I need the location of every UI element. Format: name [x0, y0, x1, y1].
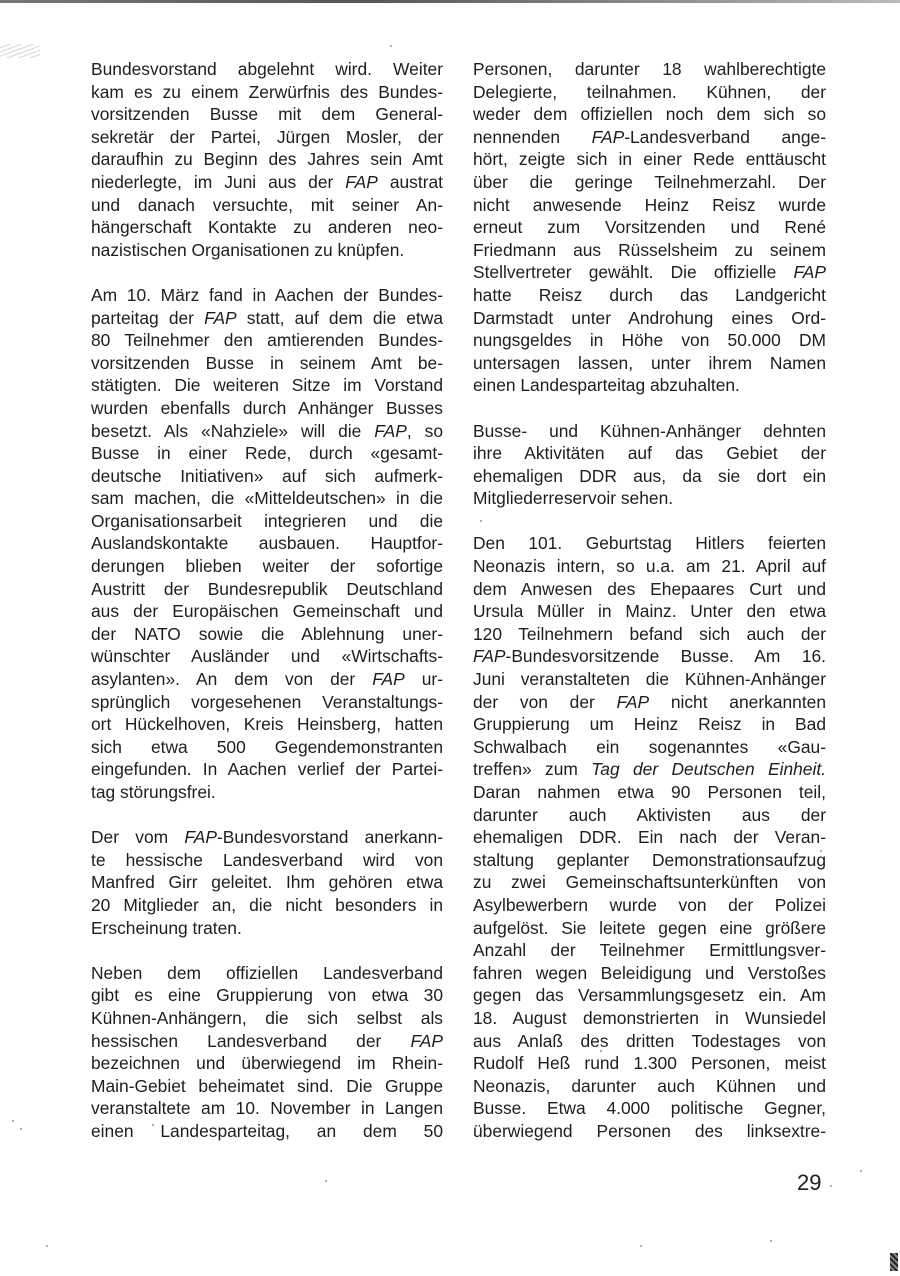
paragraph: Den 101. Geburtstag Hitlers feiertenNeon…: [473, 532, 826, 1142]
text-line: tag störungsfrei.: [91, 781, 443, 804]
text-line: aus Anlaß des dritten Todestages von: [473, 1030, 826, 1053]
text-line: 18. August demonstrierten in Wunsiedel: [473, 1007, 826, 1030]
text-line: ort Hückelhoven, Kreis Heinsberg, hatten: [91, 713, 443, 736]
text-line: ehemaligen DDR aus, da sie dort ein: [473, 465, 826, 488]
text-line: Auslandskontakte ausbauen. Hauptfor-: [91, 532, 443, 555]
text-line: daraufhin zu Beginn des Jahres sein Amt: [91, 148, 443, 171]
text-line: 120 Teilnehmern befand sich auch der: [473, 623, 826, 646]
scan-speck: [152, 1124, 154, 1126]
scan-speck: [600, 1050, 602, 1052]
text-line: und danach versuchte, mit seiner An-: [91, 194, 443, 217]
text-line: der NATO sowie die Ablehnung uner-: [91, 623, 443, 646]
text-line: Neonazis, darunter auch Kühnen und: [473, 1075, 826, 1098]
text-line: bezeichnen und überwiegend im Rhein-: [91, 1052, 443, 1075]
text-line: Neben dem offiziellen Landesverband: [91, 962, 443, 985]
scan-speck: [640, 1245, 642, 1247]
text-line: Erscheinung traten.: [91, 917, 443, 940]
text-line: aufgelöst. Sie leitete gegen eine größer…: [473, 917, 826, 940]
paragraph: Neben dem offiziellen Landesverbandgibt …: [91, 962, 443, 1143]
text-line: 80 Teilnehmer den amtierenden Bundes-: [91, 329, 443, 352]
text-line: über die geringe Teilnehmerzahl. Der: [473, 171, 826, 194]
text-line: kam es zu einem Zerwürfnis des Bundes-: [91, 81, 443, 104]
text-line: Neonazis intern, so u.a. am 21. April au…: [473, 555, 826, 578]
text-line: überwiegend Personen des linksextre-: [473, 1120, 826, 1143]
text-line: erneut zum Vorsitzenden und René: [473, 216, 826, 239]
text-line: veranstaltete am 10. November in Langen: [91, 1097, 443, 1120]
text-line: hängerschaft Kontakte zu anderen neo-: [91, 216, 443, 239]
text-line: Kühnen-Anhängern, die sich selbst als: [91, 1007, 443, 1030]
text-line: Stellvertreter gewählt. Die offizielle F…: [473, 261, 826, 284]
text-line: wurden ebenfalls durch Anhänger Busses: [91, 397, 443, 420]
text-line: nazistischen Organisationen zu knüpfen.: [91, 239, 443, 262]
text-line: Busse- und Kühnen-Anhänger dehnten: [473, 420, 826, 443]
text-line: ehemaligen DDR. Ein nach der Veran-: [473, 826, 826, 849]
scan-speck: [20, 1128, 22, 1130]
scan-margin-mark: [890, 1253, 898, 1271]
text-line: gegen das Versammlungsgesetz ein. Am: [473, 984, 826, 1007]
text-line: weder dem offiziellen noch dem sich so: [473, 103, 826, 126]
text-line: Der vom FAP-Bundesvorstand anerkann-: [91, 826, 443, 849]
text-line: Gruppierung um Heinz Reisz in Bad: [473, 713, 826, 736]
text-line: Am 10. März fand in Aachen der Bundes-: [91, 284, 443, 307]
text-line: Rudolf Heß rund 1.300 Personen, meist: [473, 1052, 826, 1075]
text-line: Busse. Etwa 4.000 politische Gegner,: [473, 1097, 826, 1120]
scan-speck: [515, 770, 517, 772]
text-line: sich etwa 500 Gegendemonstranten: [91, 736, 443, 759]
text-line: deutsche Initiativen» auf sich aufmerk-: [91, 465, 443, 488]
text-line: hessischen Landesverband der FAP: [91, 1030, 443, 1053]
text-line: sekretär der Partei, Jürgen Mosler, der: [91, 126, 443, 149]
text-line: Busse in einer Rede, durch «gesamt-: [91, 442, 443, 465]
text-line: Juni veranstalteten die Kühnen-Anhänger: [473, 668, 826, 691]
text-line: Friedmann aus Rüsselsheim zu seinem: [473, 239, 826, 262]
scan-speck: [480, 520, 482, 522]
text-line: staltung geplanter Demonstrationsaufzug: [473, 849, 826, 872]
text-line: Darmstadt unter Androhung eines Ord-: [473, 307, 826, 330]
text-line: Personen, darunter 18 wahlberechtigte: [473, 58, 826, 81]
text-line: niederlegte, im Juni aus der FAP austrat: [91, 171, 443, 194]
text-line: nennenden FAP-Landesverband ange-: [473, 126, 826, 149]
text-line: Ursula Müller in Mainz. Unter den etwa: [473, 600, 826, 623]
text-line: vorsitzenden Busse in seinem Amt be-: [91, 352, 443, 375]
text-line: parteitag der FAP statt, auf dem die etw…: [91, 307, 443, 330]
right-column: Personen, darunter 18 wahlberechtigteDel…: [473, 58, 826, 1165]
text-line: dem Anwesen des Ehepaares Curt und: [473, 578, 826, 601]
text-line: nungsgeldes in Höhe von 50.000 DM: [473, 329, 826, 352]
text-line: treffen» zum Tag der Deutschen Einheit.: [473, 758, 826, 781]
scan-speck: [325, 1180, 327, 1182]
text-line: te hessische Landesverband wird von: [91, 849, 443, 872]
text-line: ihre Aktivitäten auf das Gebiet der: [473, 442, 826, 465]
text-line: Asylbewerbern wurde von der Polizei: [473, 894, 826, 917]
text-line: hatte Reisz durch das Landgericht: [473, 284, 826, 307]
text-line: Bundesvorstand abgelehnt wird. Weiter: [91, 58, 443, 81]
text-line: vorsitzenden Busse mit dem General-: [91, 103, 443, 126]
text-line: besetzt. Als «Nahziele» will die FAP, so: [91, 420, 443, 443]
text-line: Austritt der Bundesrepublik Deutschland: [91, 578, 443, 601]
text-line: Delegierte, teilnahmen. Kühnen, der: [473, 81, 826, 104]
text-line: sprünglich vorgesehenen Veranstaltungs-: [91, 691, 443, 714]
paragraph: Busse- und Kühnen-Anhänger dehntenihre A…: [473, 420, 826, 510]
text-line: Mitgliederreservoir sehen.: [473, 487, 826, 510]
paragraph: Der vom FAP-Bundesvorstand anerkann-te h…: [91, 826, 443, 939]
text-line: Schwalbach ein sogenanntes «Gau-: [473, 736, 826, 759]
text-line: Anzahl der Teilnehmer Ermittlungsver-: [473, 939, 826, 962]
text-line: einen Landesparteitag abzuhalten.: [473, 374, 826, 397]
scan-speck: [12, 1120, 14, 1122]
paragraph: Am 10. März fand in Aachen der Bundes-pa…: [91, 284, 443, 804]
text-line: hört, zeigte sich in einer Rede enttäusc…: [473, 148, 826, 171]
left-column: Bundesvorstand abgelehnt wird. Weiterkam…: [91, 58, 443, 1165]
scan-speck: [46, 1245, 48, 1247]
text-line: 20 Mitglieder an, die nicht besonders in: [91, 894, 443, 917]
scan-speck: [820, 850, 822, 852]
text-line: der von der FAP nicht anerkannten: [473, 691, 826, 714]
scan-top-edge: [0, 0, 900, 3]
text-line: zu zwei Gemeinschaftsunterkünften von: [473, 871, 826, 894]
text-line: stätigten. Die weiteren Sitze im Vorstan…: [91, 374, 443, 397]
text-line: Daran nahmen etwa 90 Personen teil,: [473, 781, 826, 804]
page-number: 29: [797, 1170, 821, 1196]
scan-speck: [830, 1185, 832, 1187]
text-line: gibt es eine Gruppierung von etwa 30: [91, 984, 443, 1007]
text-line: Den 101. Geburtstag Hitlers feierten: [473, 532, 826, 555]
text-line: darunter auch Aktivisten aus der: [473, 804, 826, 827]
text-line: wünschter Ausländer und «Wirtschafts-: [91, 645, 443, 668]
text-line: Main-Gebiet beheimatet sind. Die Gruppe: [91, 1075, 443, 1098]
text-line: untersagen lassen, unter ihrem Namen: [473, 352, 826, 375]
text-line: einen Landesparteitag, an dem 50: [91, 1120, 443, 1143]
paragraph: Personen, darunter 18 wahlberechtigteDel…: [473, 58, 826, 397]
scan-speck: [390, 45, 392, 47]
scan-noise: [0, 44, 40, 58]
text-line: derungen blieben weiter der sofortige: [91, 555, 443, 578]
text-line: Organisationsarbeit integrieren und die: [91, 510, 443, 533]
text-line: fahren wegen Beleidigung und Verstoßes: [473, 962, 826, 985]
text-line: nicht anwesende Heinz Reisz wurde: [473, 194, 826, 217]
paragraph: Bundesvorstand abgelehnt wird. Weiterkam…: [91, 58, 443, 261]
text-line: sam machen, die «Mitteldeutschen» in die: [91, 487, 443, 510]
text-line: Manfred Girr geleitet. Ihm gehören etwa: [91, 871, 443, 894]
scan-speck: [770, 1240, 772, 1242]
text-line: aus der Europäischen Gemeinschaft und: [91, 600, 443, 623]
text-line: eingefunden. In Aachen verlief der Parte…: [91, 758, 443, 781]
text-line: FAP-Bundesvorsitzende Busse. Am 16.: [473, 645, 826, 668]
text-line: asylanten». An dem von der FAP ur-: [91, 668, 443, 691]
scan-speck: [860, 1170, 862, 1172]
